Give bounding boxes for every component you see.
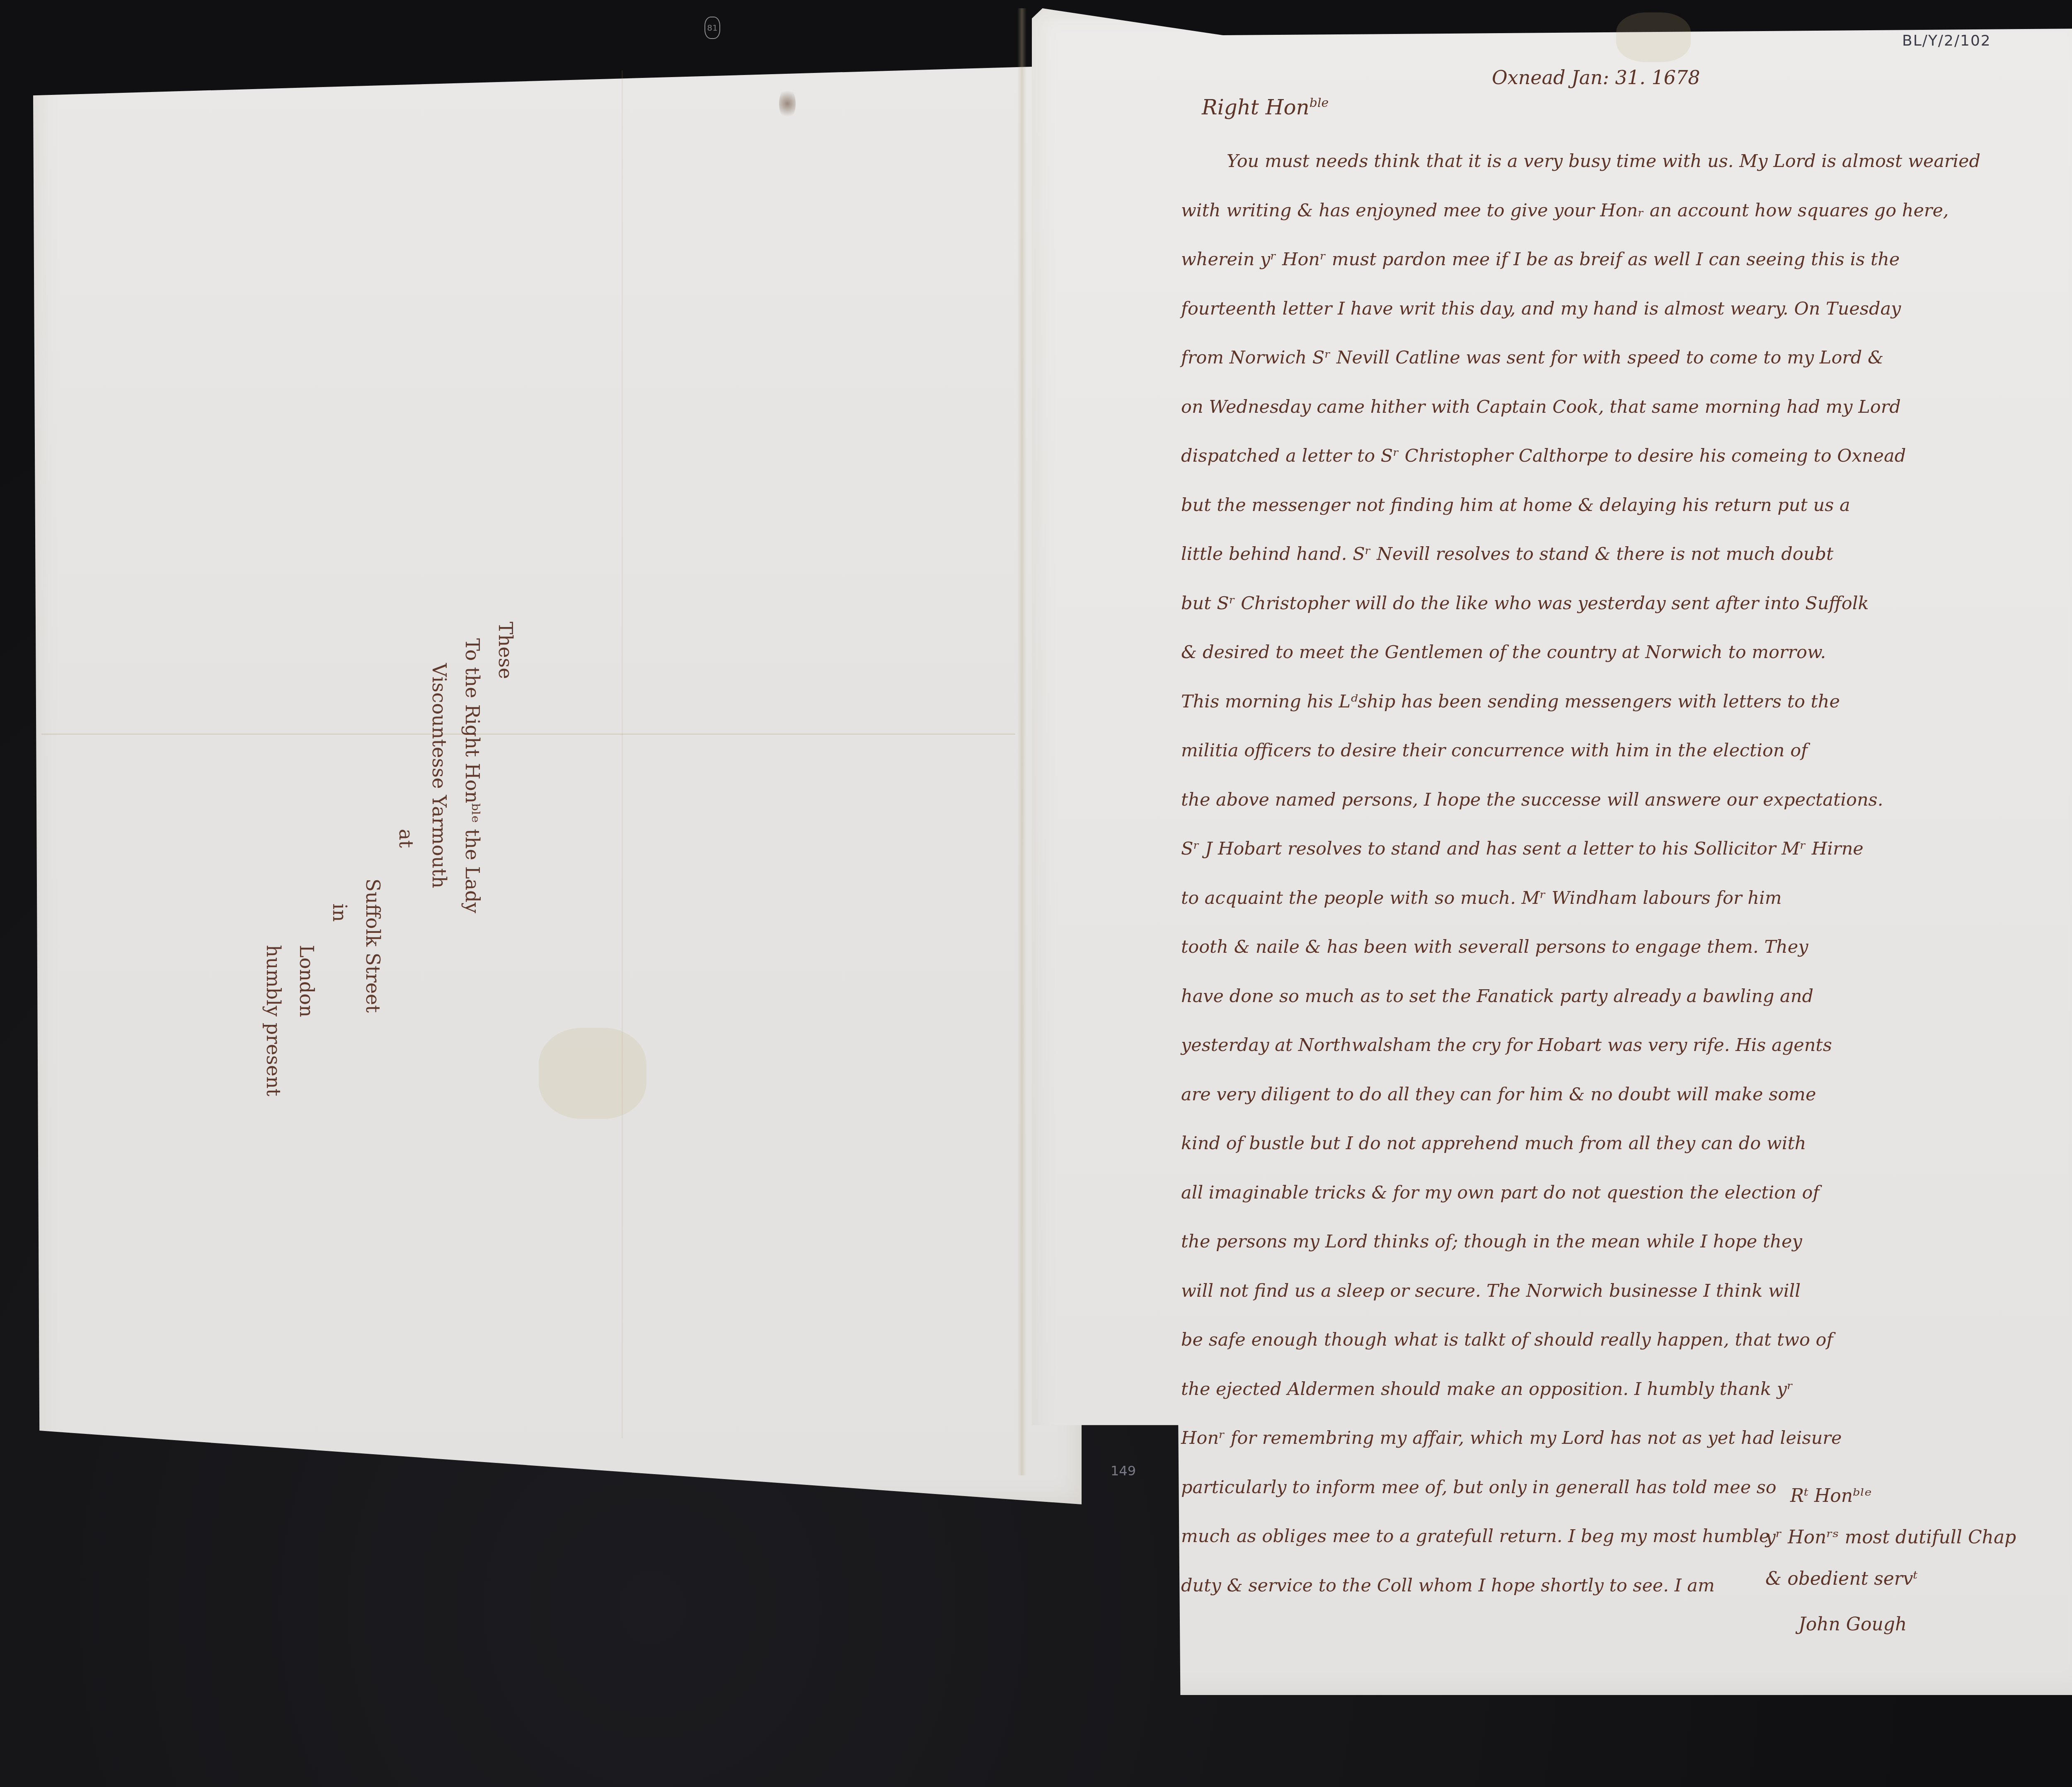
vertical-fold-left: [622, 70, 623, 1438]
letter-line: to acquaint the people with so much. Mʳ …: [1181, 874, 2072, 923]
letter-line: wherein yʳ Honʳ must pardon mee if I be …: [1181, 235, 2072, 284]
archive-reference: BL/Y/2/102: [1902, 32, 1991, 49]
salutation-superscript: ble: [1310, 96, 1329, 110]
pencil-folio-number: 149: [1111, 1463, 1136, 1479]
address-line: Viscountesse Yarmouth: [423, 613, 456, 1096]
letter-body: You must needs think that it is a very b…: [1181, 137, 2072, 1610]
letter-line: on Wednesday came hither with Captain Co…: [1181, 383, 2072, 432]
ink-blot: [779, 87, 796, 120]
address-line: Suffolk Street: [356, 613, 390, 1096]
letter-line: with writing & has enjoyned mee to give …: [1181, 186, 2072, 235]
signature: John Gough: [1765, 1604, 2016, 1645]
letter-line: tooth & naile & has been with severall p…: [1181, 923, 2072, 972]
letter-line: but the messenger not finding him at hom…: [1181, 481, 2072, 530]
horizontal-fold: [41, 734, 1015, 735]
salutation-text: Right Hon: [1202, 95, 1310, 119]
closing-line: yʳ Honʳˢ most dutifull Chap: [1765, 1517, 2016, 1558]
center-fold: [1017, 8, 1026, 1475]
water-stain: [539, 1028, 646, 1119]
letter-line: militia officers to desire their concurr…: [1181, 726, 2072, 775]
letter-line: are very diligent to do all they can for…: [1181, 1070, 2072, 1119]
address-line: These: [489, 613, 522, 1096]
letter-line: yesterday at Northwalsham the cry for Ho…: [1181, 1021, 2072, 1070]
letter-dateline: Oxnead Jan: 31. 1678: [1492, 66, 1700, 89]
letter-line: little behind hand. Sʳ Nevill resolves t…: [1181, 530, 2072, 579]
folio-stamp: 81: [704, 17, 720, 39]
letter-line: be safe enough though what is talkt of s…: [1181, 1315, 2072, 1365]
address-line: in: [323, 613, 356, 1096]
address-leaf: [33, 29, 1082, 1504]
letter-closing: Rᵗ Honᵇˡᵉ yʳ Honʳˢ most dutifull Chap & …: [1765, 1475, 2016, 1645]
letter-line: kind of bustle but I do not apprehend mu…: [1181, 1119, 2072, 1168]
letter-line: the persons my Lord thinks of; though in…: [1181, 1217, 2072, 1266]
address-line: London: [290, 613, 323, 1096]
water-stain-top: [1616, 12, 1691, 62]
letter-line: the ejected Aldermen should make an oppo…: [1181, 1365, 2072, 1414]
letter-salutation: Right Honble: [1202, 95, 1329, 119]
address-line: To the Right Honᵇˡᵉ the Lady: [456, 613, 489, 1096]
letter-line: from Norwich Sʳ Nevill Catline was sent …: [1181, 333, 2072, 383]
closing-address: Rᵗ Honᵇˡᵉ: [1765, 1475, 2016, 1517]
letter-line: but Sʳ Christopher will do the like who …: [1181, 579, 2072, 628]
letter-line: fourteenth letter I have writ this day, …: [1181, 284, 2072, 334]
letter-line: Honʳ for remembring my affair, which my …: [1181, 1414, 2072, 1463]
letter-line: You must needs think that it is a very b…: [1181, 137, 2072, 186]
address-panel: These To the Right Honᵇˡᵉ the Lady Visco…: [257, 613, 522, 1096]
letter-line: the above named persons, I hope the succ…: [1181, 775, 2072, 825]
letter-line: have done so much as to set the Fanatick…: [1181, 972, 2072, 1021]
letter-line: all imaginable tricks & for my own part …: [1181, 1168, 2072, 1218]
letter-line: This morning his Lᵈship has been sending…: [1181, 677, 2072, 726]
address-line: at: [390, 613, 423, 1096]
letter-line: & desired to meet the Gentlemen of the c…: [1181, 628, 2072, 677]
letter-line: will not find us a sleep or secure. The …: [1181, 1266, 2072, 1316]
closing-line: & obedient servᵗ: [1765, 1558, 2016, 1600]
address-line: humbly present: [257, 613, 290, 1096]
letter-line: dispatched a letter to Sʳ Christopher Ca…: [1181, 431, 2072, 481]
letter-line: Sʳ J Hobart resolves to stand and has se…: [1181, 824, 2072, 874]
